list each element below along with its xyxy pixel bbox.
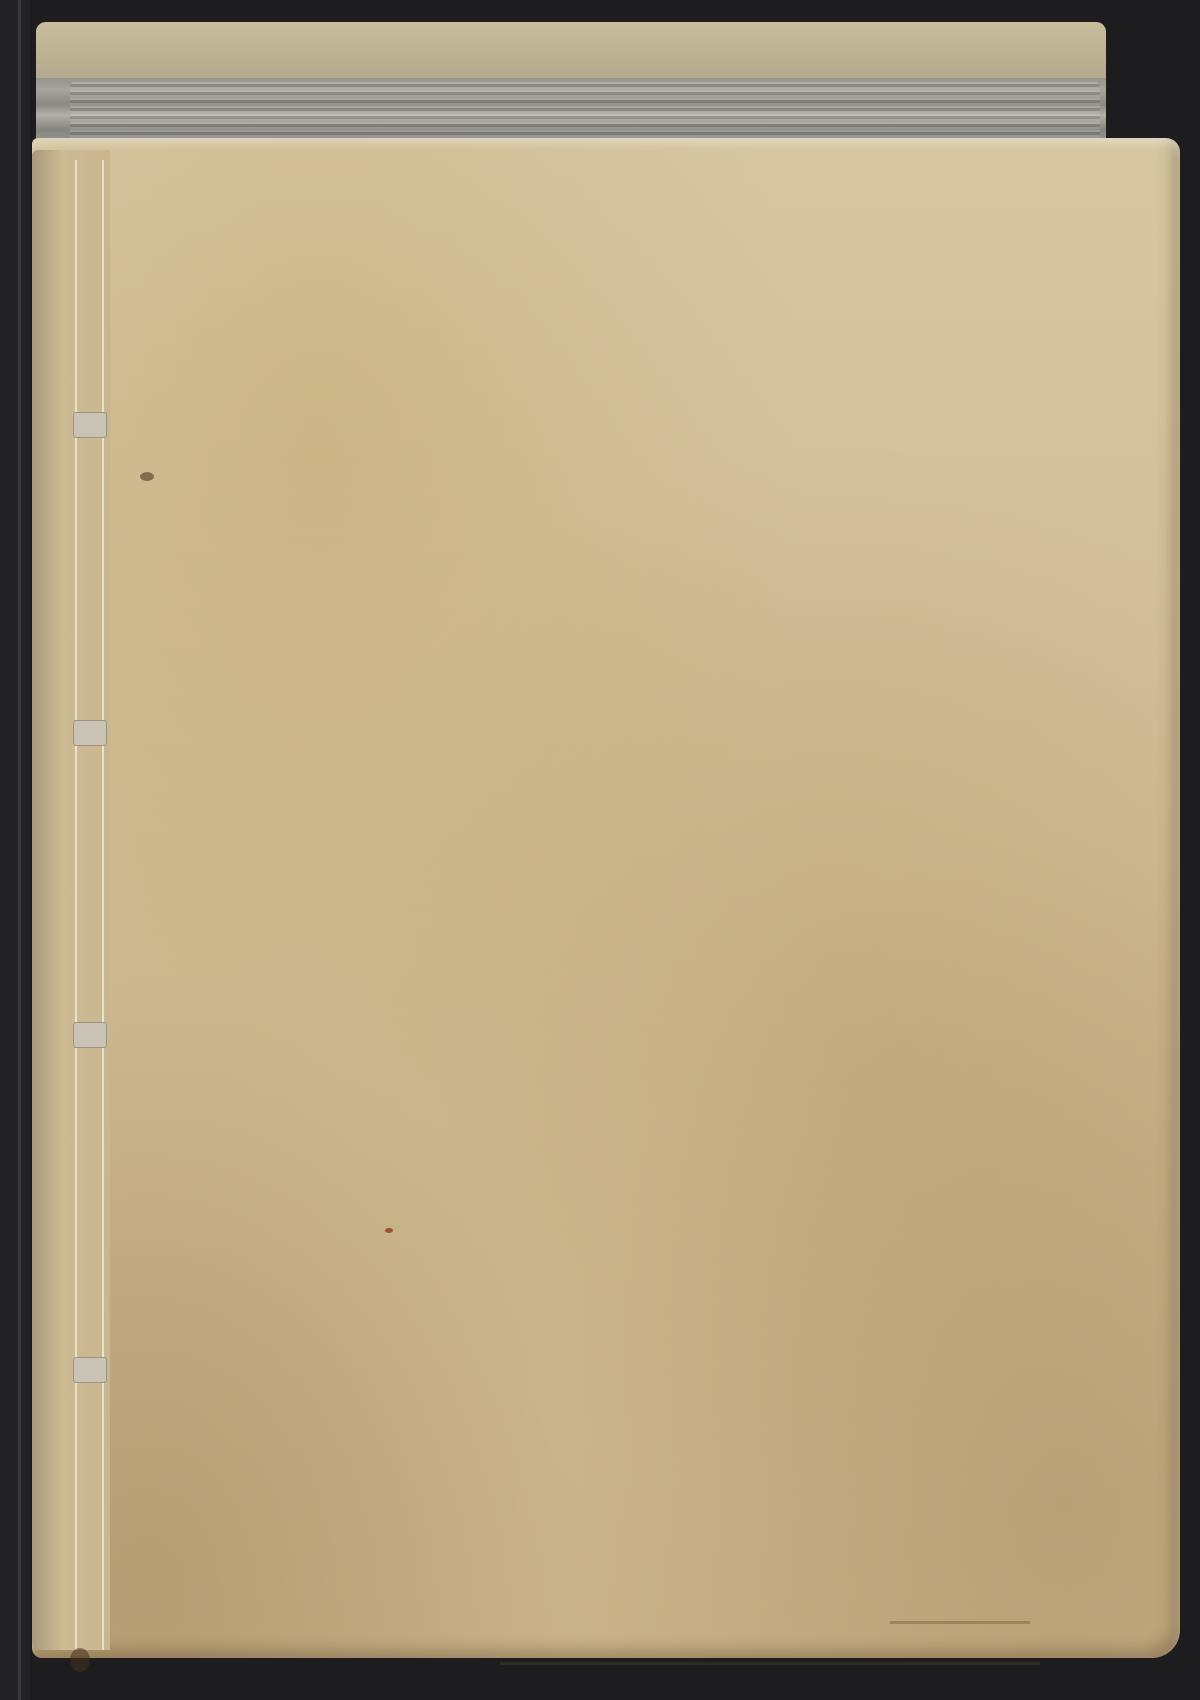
stain-mark	[385, 1228, 393, 1233]
spine-thread-line	[75, 160, 77, 1650]
spine-thread-line	[102, 160, 104, 1650]
offset-mark	[890, 1621, 1030, 1624]
background-strip	[0, 0, 30, 1700]
page-top-cover-flap	[36, 22, 1106, 78]
sewing-tie	[73, 1022, 107, 1048]
sewing-tie	[73, 1357, 107, 1383]
stain-mark	[140, 472, 154, 481]
stain-mark	[70, 1648, 90, 1672]
sewing-tie	[73, 412, 107, 438]
book-spine	[32, 150, 110, 1650]
sewing-tie	[73, 720, 107, 746]
book-cover	[32, 138, 1180, 1658]
offset-mark	[500, 1662, 1040, 1665]
